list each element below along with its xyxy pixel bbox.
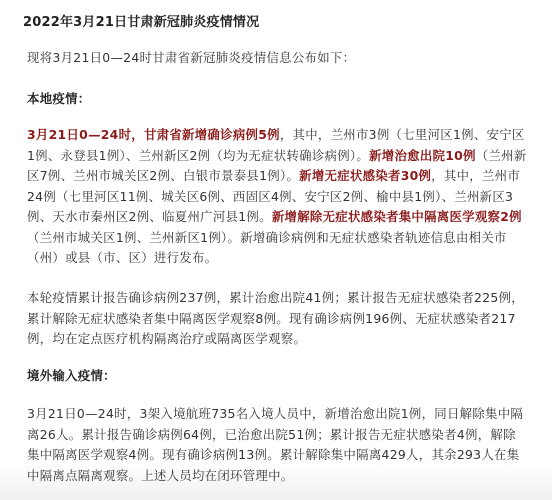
local-heading: 本地疫情： — [27, 89, 527, 110]
document-title: 2022年3月21日甘肃新冠肺炎疫情情况 — [23, 11, 259, 30]
local-paragraph: 3月21日0—24时，甘肃省新增确诊病例5例，其中，兰州市3例（七里河区1例、安… — [27, 125, 527, 269]
imported-heading: 境外输入疫情： — [27, 366, 527, 387]
new-confirmed-highlight: 3月21日0—24时，甘肃省新增确诊病例5例 — [27, 127, 280, 142]
local-text-4: （兰州市城关区1例、兰州新区1例）。新增确诊病例和无症状感染者轨迹信息由相关市（… — [27, 230, 507, 266]
new-recovered-highlight: 新增治愈出院10例 — [369, 148, 476, 163]
imported-paragraph: 3月21日0—24时，3架入境航班735名入境人员中，新增治愈出院1例，同日解除… — [27, 404, 527, 486]
released-observation-highlight: 新增解除无症状感染者集中隔离医学观察2例 — [272, 209, 522, 224]
new-asymptomatic-highlight: 新增无症状感染者30例 — [299, 168, 431, 183]
intro-paragraph: 现将3月21日0—24时甘肃省新冠肺炎疫情信息公布如下： — [27, 48, 527, 69]
cumulative-paragraph: 本轮疫情累计报告确诊病例237例，累计治愈出院41例；累计报告无症状感染者225… — [27, 288, 527, 350]
